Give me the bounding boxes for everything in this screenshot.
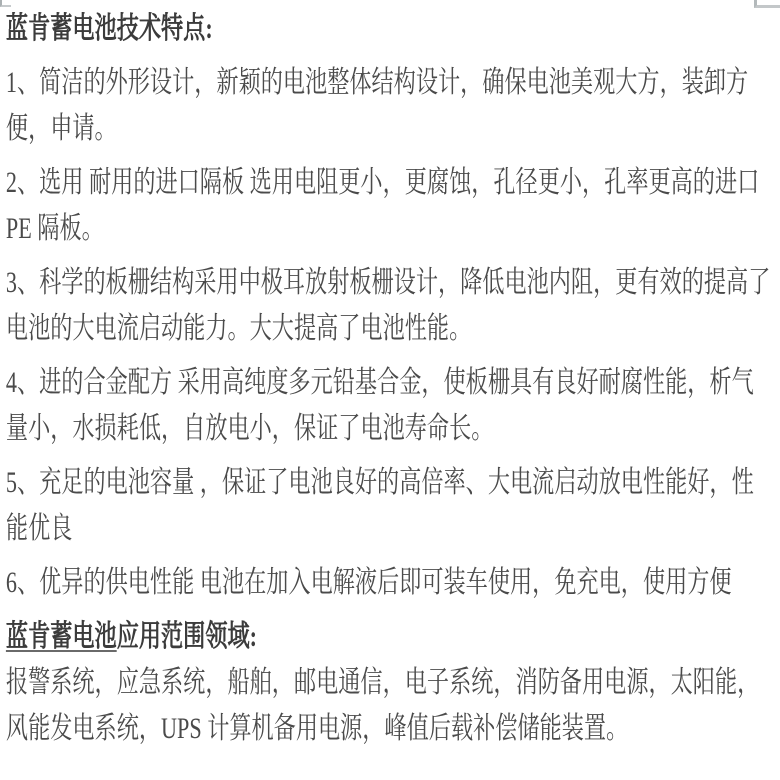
applications-text: 报警系统，应急系统，船舶，邮电通信，电子系统，消防备用电源，太阳能，风能发电系统… — [6, 660, 774, 752]
feature-item-5: 5、充足的电池容量 ，保证了电池良好的高倍率、大电流启动放电性能好，性能优良 — [6, 460, 774, 552]
feature-item-2: 2、选用 耐用的进口隔板 选用电阻更小，更腐蚀，孔径更小，孔率更高的进口PE 隔… — [6, 160, 774, 252]
feature-item-3: 3、科学的板栅结构采用中极耳放射板栅设计，降低电池内阻，更有效的提高了电池的大电… — [6, 260, 774, 352]
features-title: 蓝肯蓄电池技术特点: — [6, 6, 774, 52]
feature-item-6: 6、优异的供电性能 电池在加入电解液后即可装车使用，免充电，使用方便 — [6, 560, 774, 606]
applications-title-brand-underlined: 蓝肯蓄电池 — [6, 620, 117, 653]
applications-title: 蓝肯蓄电池应用范围领域: — [6, 614, 774, 660]
feature-item-1: 1、简洁的外形设计，新颖的电池整体结构设计，确保电池美观大方，装卸方便，申请。 — [6, 60, 774, 152]
feature-item-4: 4、进的合金配方 采用高纯度多元铅基合金，使板栅具有良好耐腐性能，析气量小，水损… — [6, 360, 774, 452]
document-body: 蓝肯蓄电池技术特点: 1、简洁的外形设计，新颖的电池整体结构设计，确保电池美观大… — [0, 0, 780, 752]
applications-title-rest: 应用范围领域: — [117, 620, 257, 653]
